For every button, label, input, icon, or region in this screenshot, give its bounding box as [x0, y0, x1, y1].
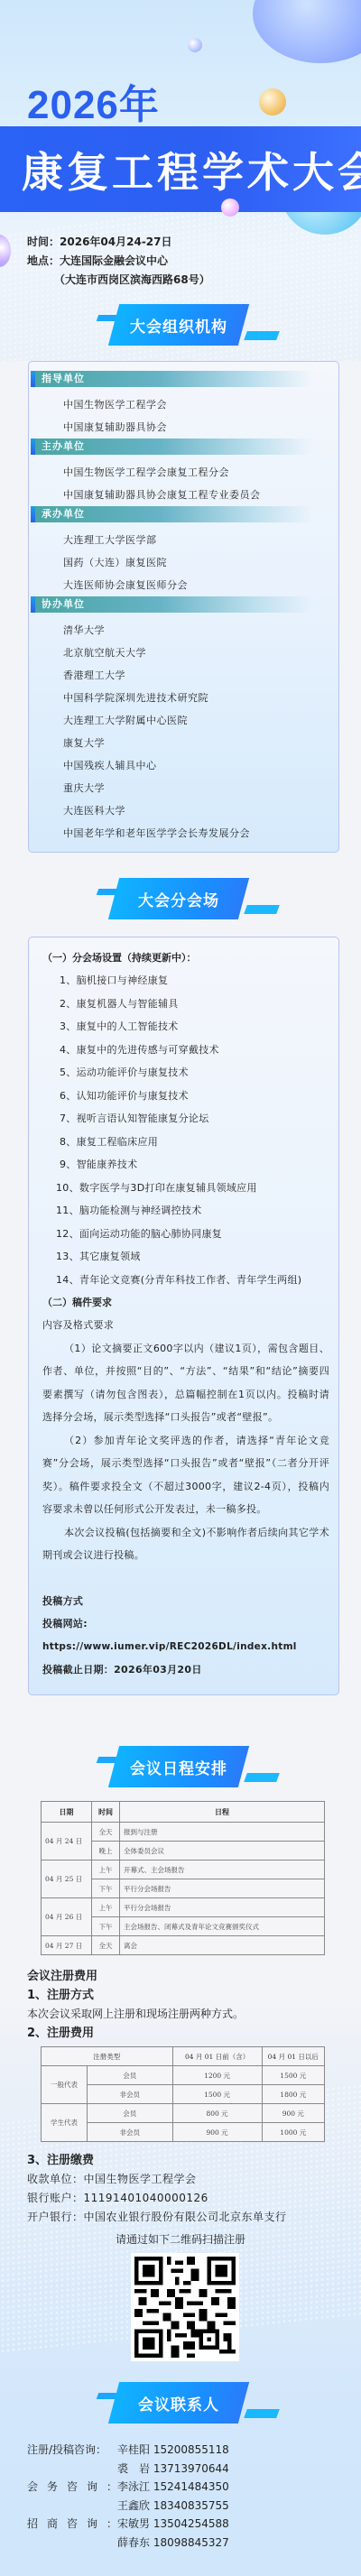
table-row: 学生代表 会员 800 元 900 元	[42, 2104, 325, 2123]
hero-title: 康复工程学术大会	[22, 140, 347, 199]
sub-venue-item: 5、运动功能评价与康复技术	[29, 1061, 338, 1085]
event-cell: 平行分会场报告	[120, 1879, 325, 1898]
price-cell: 800 元	[172, 2104, 262, 2123]
org-group-title: 协办单位	[42, 596, 85, 613]
contact-value: 王鑫欣 18340835755	[117, 2497, 229, 2516]
event-cell: 开幕式、主会场报告	[120, 1860, 325, 1879]
event-cell: 平行分会场报告	[120, 1898, 325, 1917]
member-cell: 会员	[88, 2066, 173, 2085]
sub-venue-item: 9、智能康养技术	[29, 1153, 338, 1177]
submission-site-label: 投稿网站:	[29, 1612, 338, 1636]
org-group-title: 承办单位	[42, 506, 85, 522]
section-title: 会议联系人	[114, 2382, 244, 2424]
org-item: 清华大学	[29, 619, 338, 642]
contact-label	[27, 2497, 117, 2516]
org-group-heading: 主办单位	[32, 439, 312, 455]
schedule-table: 日期 时间 日程 04 月 24 日 全天 报到与注册 晚上 全体委员会议 04…	[41, 1801, 325, 1955]
member-cell: 非会员	[88, 2085, 173, 2104]
time-cell: 下午	[92, 1917, 120, 1936]
contact-value: 宋敏男 13504254588	[117, 2515, 229, 2534]
table-row: 04 月 25 日 上午 开幕式、主会场报告	[42, 1860, 325, 1879]
contact-value: 薛春东 18098845327	[117, 2534, 229, 2553]
type-cell: 学生代表	[42, 2104, 88, 2142]
registration-fee-heading: 2、注册费用	[27, 2024, 338, 2043]
place-label: 地点：	[27, 254, 60, 267]
banner-stripe	[244, 331, 280, 340]
section-title: 大会分会场	[114, 878, 244, 919]
sub-venue-item: 7、视听言语认知智能康复分论坛	[29, 1107, 338, 1131]
column-header: 时间	[92, 1802, 120, 1823]
qr-code-icon	[134, 2257, 236, 2358]
event-cell: 主会场报告、闭幕式及青年论文竞赛颁奖仪式	[120, 1917, 325, 1936]
sub-venue-item: 13、其它康复领域	[29, 1245, 338, 1269]
hero-year: 2026年	[27, 72, 160, 130]
time-cell: 上午	[92, 1860, 120, 1879]
sub-venue-item: 11、脑功能检测与神经调控技术	[29, 1199, 338, 1223]
event-info: 时间：2026年04月24-27日 地点：大连国际金融会议中心 （大连市西岗区滨…	[27, 233, 210, 290]
sub-venue-item: 12、面向运动功能的脑心肺协同康复	[29, 1223, 338, 1246]
organization-card: 指导单位 中国生物医学工程学会 中国康复辅助器具协会 主办单位 中国生物医学工程…	[28, 361, 339, 853]
payee-row: 收款单位：中国生物医学工程学会	[27, 2170, 352, 2189]
section-banner-sub-venues: 大会分会场	[97, 878, 269, 919]
sub-venue-item: 8、康复工程临床应用	[29, 1131, 338, 1154]
org-item: 重庆大学	[29, 777, 338, 799]
registration-method-heading: 1、注册方式	[27, 1986, 338, 2005]
time-cell: 上午	[92, 1898, 120, 1917]
org-item: 国药（大连）康复医院	[29, 551, 338, 574]
time-cell: 全天	[92, 1823, 120, 1842]
table-header-row: 注册类型 04 月 01 日前（含） 04 月 01 日以后	[42, 2047, 325, 2066]
contact-row: 招商咨询：宋敏男 13504254588	[27, 2515, 229, 2534]
account-row: 银行账户：11191401040000126	[27, 2189, 352, 2208]
org-item: 香港理工大学	[29, 664, 338, 687]
org-item: 大连医师协会康复医师分会	[29, 574, 338, 596]
table-header-row: 日期 时间 日程	[42, 1802, 325, 1823]
date-cell: 04 月 24 日	[42, 1823, 92, 1860]
place-value: 大连国际金融会议中心	[60, 254, 168, 267]
submission-method: 投稿方式	[29, 1590, 338, 1613]
format-heading: 内容及格式要求	[29, 1314, 338, 1337]
spacer	[29, 1567, 338, 1590]
event-cell: 离会	[120, 1936, 325, 1955]
time-value: 2026年04月24-27日	[60, 235, 171, 248]
contact-label: 会务咨询：	[27, 2478, 117, 2497]
time-cell: 下午	[92, 1879, 120, 1898]
bank-row: 开户银行：中国农业银行股份有限公司北京东单支行	[27, 2208, 352, 2227]
org-group-heading: 承办单位	[32, 506, 312, 522]
bank-label: 开户银行：	[27, 2211, 84, 2223]
registration-method-text: 本次会议采取网上注册和现场注册两种方式。	[27, 2005, 338, 2024]
sub-venues-card: （一）分会场设置（持续更新中）： 1、脑机接口与神经康复 2、康复机器人与智能辅…	[28, 937, 339, 1695]
sub-venue-item: 3、康复中的人工智能技术	[29, 1015, 338, 1039]
date-cell: 04 月 27 日	[42, 1936, 92, 1955]
contact-row: 裘 岩 13713970644	[27, 2460, 229, 2479]
org-group-title: 主办单位	[42, 439, 85, 455]
account-value: 11191401040000126	[84, 2192, 208, 2204]
org-group-heading: 指导单位	[32, 371, 312, 387]
event-cell: 全体委员会议	[120, 1842, 325, 1860]
payment-section: 3、注册缴费 收款单位：中国生物医学工程学会 银行账户：111914010400…	[27, 2152, 352, 2227]
table-row: 04 月 24 日 全天 报到与注册	[42, 1823, 325, 1842]
price-cell: 1000 元	[262, 2123, 324, 2142]
payee-value: 中国生物医学工程学会	[84, 2173, 197, 2185]
registration-qr-code[interactable]	[131, 2253, 239, 2361]
sub-venues-heading: （一）分会场设置（持续更新中）：	[29, 946, 338, 969]
org-item: 中国康复辅助器具协会	[29, 416, 338, 439]
fee-table: 注册类型 04 月 01 日前（含） 04 月 01 日以后 一般代表 会员 1…	[41, 2046, 325, 2142]
sub-venue-item: 6、认知功能评价与康复技术	[29, 1085, 338, 1108]
column-header: 日期	[42, 1802, 92, 1823]
time-cell: 全天	[92, 1936, 120, 1955]
registration-title: 会议注册费用	[27, 1967, 338, 1986]
place-address: （大连市西岗区滨海西路68号）	[27, 271, 210, 290]
decorative-orb	[259, 88, 286, 115]
org-group-heading: 协办单位	[32, 596, 312, 613]
sub-venue-item: 1、脑机接口与神经康复	[29, 969, 338, 993]
org-item: 大连理工大学附属中心医院	[29, 709, 338, 732]
decorative-orb	[188, 38, 202, 52]
org-item: 大连医科大学	[29, 799, 338, 822]
org-item: 康复大学	[29, 732, 338, 754]
price-cell: 1200 元	[172, 2066, 262, 2085]
section-title: 会议日程安排	[114, 1746, 244, 1787]
time-label: 时间：	[27, 235, 60, 248]
price-cell: 1800 元	[262, 2085, 324, 2104]
column-header: 日程	[120, 1802, 325, 1823]
member-cell: 会员	[88, 2104, 173, 2123]
org-item: 大连理工大学医学部	[29, 529, 338, 551]
column-header: 注册类型	[42, 2047, 173, 2066]
org-item: 中国生物医学工程学会康复工程分会	[29, 461, 338, 484]
price-cell: 900 元	[172, 2123, 262, 2142]
event-cell: 报到与注册	[120, 1823, 325, 1842]
org-item: 中国科学院深圳先进技术研究院	[29, 687, 338, 709]
decorative-orb	[221, 199, 239, 217]
contact-label	[27, 2460, 117, 2479]
payment-heading: 3、注册缴费	[27, 2152, 352, 2170]
org-group-title: 指导单位	[42, 371, 85, 387]
sub-venue-item: 10、数字医学与3D打印在康复辅具领域应用	[29, 1177, 338, 1200]
section-title: 大会组织机构	[114, 304, 244, 346]
decorative-orb	[253, 0, 361, 63]
requirement-paragraph: 本次会议投稿(包括摘要和全文)不影响作者后续向其它学术期刊或会议进行投稿。	[29, 1521, 338, 1567]
contact-row: 会务咨询：李泳江 15241484350	[27, 2478, 229, 2497]
qr-caption: 请通过如下二维码扫描注册	[0, 2231, 361, 2247]
org-item: 中国老年学和老年医学学会长寿发展分会	[29, 822, 338, 845]
section-banner-contacts: 会议联系人	[97, 2382, 269, 2424]
contact-label: 招商咨询：	[27, 2515, 117, 2534]
requirements-heading: （二）稿件要求	[29, 1291, 338, 1314]
submission-url-link[interactable]: https://www.iumer.vip/REC2026DL/index.ht…	[29, 1636, 338, 1659]
contact-row: 注册/投稿咨询：辛桂阳 15200855118	[27, 2441, 229, 2460]
member-cell: 非会员	[88, 2123, 173, 2142]
registration-section: 会议注册费用 1、注册方式 本次会议采取网上注册和现场注册两种方式。 2、注册费…	[27, 1967, 338, 2142]
contact-row: 王鑫欣 18340835755	[27, 2497, 229, 2516]
price-cell: 1500 元	[172, 2085, 262, 2104]
org-item: 中国生物医学工程学会	[29, 393, 338, 416]
sub-venue-item: 4、康复中的先进传感与可穿戴技术	[29, 1039, 338, 1062]
type-cell: 一般代表	[42, 2066, 88, 2104]
contact-value: 李泳江 15241484350	[117, 2478, 229, 2497]
banner-stripe	[244, 2409, 280, 2418]
banner-stripe	[244, 905, 280, 914]
section-banner-schedule: 会议日程安排	[97, 1746, 269, 1787]
contact-label	[27, 2534, 117, 2553]
table-row: 一般代表 会员 1200 元 1500 元	[42, 2066, 325, 2085]
bank-value: 中国农业银行股份有限公司北京东单支行	[84, 2211, 287, 2223]
submission-deadline: 投稿截止日期：2026年03月20日	[29, 1658, 338, 1682]
contacts-list: 注册/投稿咨询：辛桂阳 15200855118 裘 岩 13713970644 …	[27, 2441, 229, 2552]
date-cell: 04 月 26 日	[42, 1898, 92, 1936]
price-cell: 1500 元	[262, 2066, 324, 2085]
org-item: 中国康复辅助器具协会康复工程专业委员会	[29, 484, 338, 506]
org-item: 北京航空航天大学	[29, 642, 338, 664]
column-header: 04 月 01 日前（含）	[172, 2047, 262, 2066]
contact-row: 薛春东 18098845327	[27, 2534, 229, 2553]
sub-venue-item: 2、康复机器人与智能辅具	[29, 993, 338, 1016]
table-row: 04 月 26 日 上午 平行分会场报告	[42, 1898, 325, 1917]
requirement-paragraph: （2）参加青年论文奖评选的作者，请选择“青年论文竞赛”分会场，展示类型选择“口头…	[29, 1429, 338, 1521]
table-row: 04 月 27 日 全天 离会	[42, 1936, 325, 1955]
org-item: 中国残疾人辅具中心	[29, 754, 338, 777]
payee-label: 收款单位：	[27, 2173, 84, 2185]
banner-stripe	[244, 1773, 280, 1782]
conference-poster: 2026年 康复工程学术大会 时间：2026年04月24-27日 地点：大连国际…	[0, 0, 361, 2576]
column-header: 04 月 01 日以后	[262, 2047, 324, 2066]
sub-venue-item: 14、青年论文竞赛(分青年科技工作者、青年学生两组)	[29, 1269, 338, 1292]
account-label: 银行账户：	[27, 2192, 84, 2204]
requirement-paragraph: （1）论文摘要正文600字以内（建议1页），需包含题目、作者、单位，并按照“目的…	[29, 1337, 338, 1429]
contact-value: 裘 岩 13713970644	[117, 2460, 229, 2479]
price-cell: 900 元	[262, 2104, 324, 2123]
contact-value: 辛桂阳 15200855118	[117, 2441, 229, 2460]
time-cell: 晚上	[92, 1842, 120, 1860]
section-banner-organization: 大会组织机构	[97, 304, 269, 346]
date-cell: 04 月 25 日	[42, 1860, 92, 1898]
contact-label: 注册/投稿咨询：	[27, 2441, 117, 2460]
